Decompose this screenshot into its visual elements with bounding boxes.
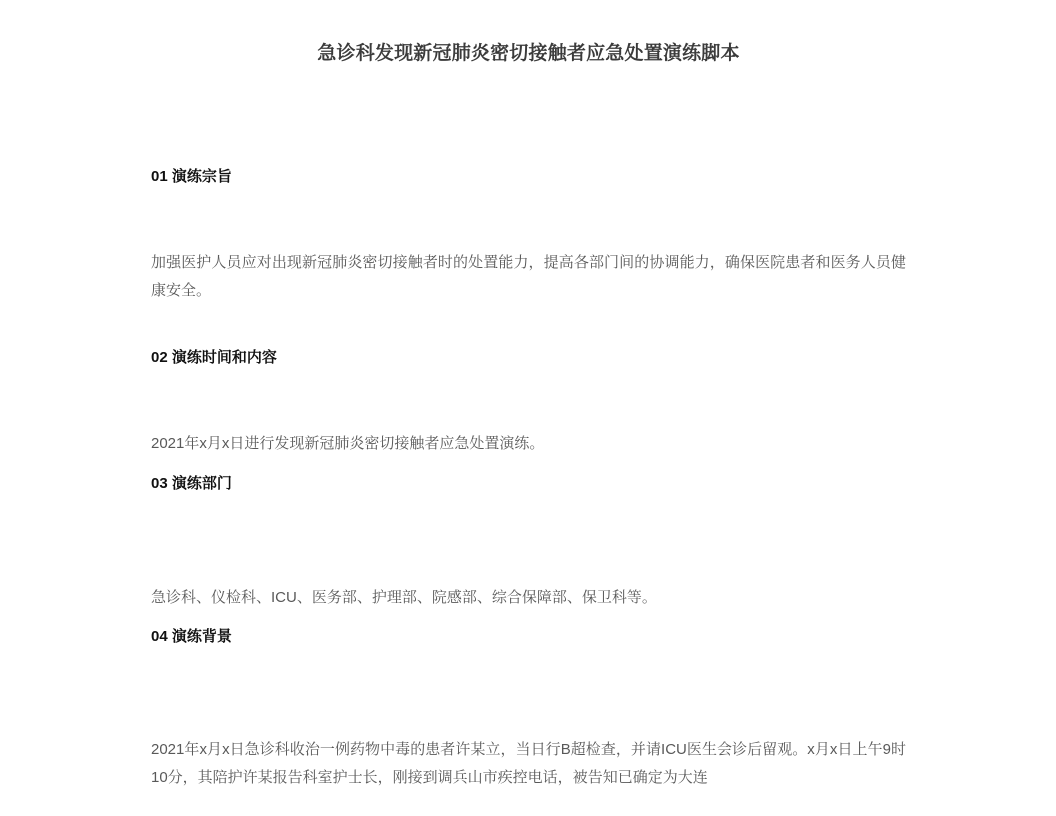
- section-body-04-drill-background: 2021年x月x日急诊科收治一例药物中毒的患者许某立，当日行B超检查，并请ICU…: [151, 736, 906, 792]
- document-title: 急诊科发现新冠肺炎密切接触者应急处置演练脚本: [151, 40, 906, 68]
- section-heading-02-drill-time-content: 02 演练时间和内容: [151, 348, 906, 368]
- section-heading-03-drill-departments: 03 演练部门: [151, 474, 906, 494]
- section-body-02-drill-time-content: 2021年x月x日进行发现新冠肺炎密切接触者应急处置演练。: [151, 430, 906, 458]
- section-body-03-drill-departments: 急诊科、仪检科、ICU、医务部、护理部、院感部、综合保障部、保卫科等。: [151, 584, 906, 612]
- section-heading-01-drill-purpose: 01 演练宗旨: [151, 167, 906, 187]
- section-heading-04-drill-background: 04 演练背景: [151, 627, 906, 647]
- section-body-01-drill-purpose: 加强医护人员应对出现新冠肺炎密切接触者时的处置能力，提高各部门间的协调能力，确保…: [151, 249, 906, 305]
